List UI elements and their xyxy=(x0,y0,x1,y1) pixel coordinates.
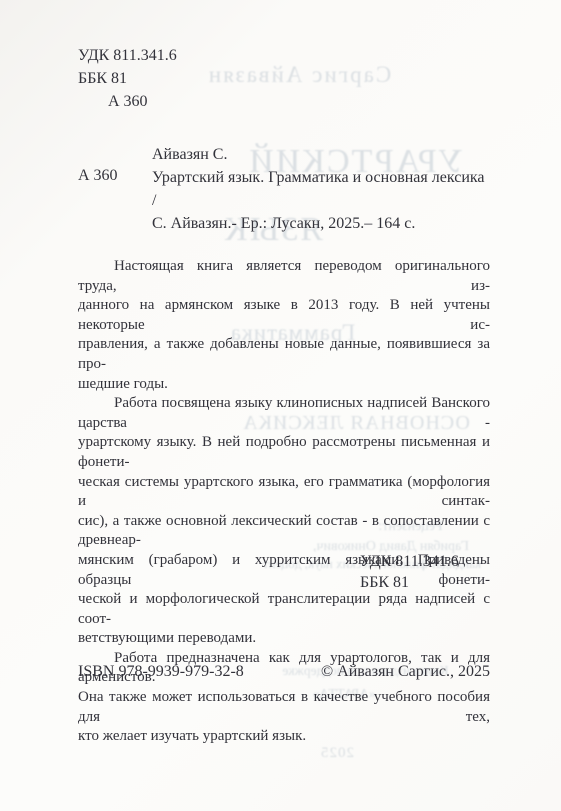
annotation-line: урартскому языку. В ней подробно рассмот… xyxy=(78,433,490,472)
annotation-line: кто желает изучать урартский язык. xyxy=(78,727,490,747)
footer-bbk-code: ББК 81 xyxy=(360,572,459,593)
author-sign-code: А 360 xyxy=(78,90,177,113)
catalog-card-author: Айвазян С. xyxy=(78,143,490,166)
catalog-card: А 360 Айвазян С. Урартский язык. Граммат… xyxy=(78,143,490,235)
catalog-card-title: Урартский язык. Грамматика и основная ле… xyxy=(78,166,490,212)
copyright-notice: © Айвазян Саргис., 2025 xyxy=(321,663,490,681)
bleedthrough-year: 2025 xyxy=(310,745,364,762)
annotation-line: Она также может использоваться в качеств… xyxy=(78,688,490,727)
udc-code: УДК 811.341.6 xyxy=(78,44,177,67)
annotation-line: Настоящая книга является переводом ориги… xyxy=(78,257,490,296)
bbk-code: ББК 81 xyxy=(78,67,177,90)
isbn-number: ISBN 978-9939-979-32-8 xyxy=(78,663,244,681)
annotation-line: Работа посвящена языку клинописных надпи… xyxy=(78,394,490,433)
annotation-line: шедшие годы. xyxy=(78,375,490,395)
imprint-row: ISBN 978-9939-979-32-8 © Айвазян Саргис.… xyxy=(78,663,490,681)
annotation-line: ческой и морфологической транслитерации … xyxy=(78,590,490,629)
copyright-page: Саргис Айвазян УРАРТСКИЙ ЯЗЫК Грамматика… xyxy=(0,0,561,811)
footer-classification-block: УДК 811.341.6 ББК 81 xyxy=(360,551,459,593)
annotation-line: ветствующими переводами. xyxy=(78,629,490,649)
bleedthrough-author-name: Саргис Айвазян xyxy=(183,62,415,88)
annotation-line: правления, а также добавлены новые данны… xyxy=(78,335,490,374)
annotation-line: данного на армянском языке в 2013 году. … xyxy=(78,296,490,335)
annotation-line: ческая системы урартского языка, его гра… xyxy=(78,473,490,512)
classification-block: УДК 811.341.6 ББК 81 А 360 xyxy=(78,44,177,113)
catalog-card-code: А 360 xyxy=(78,167,118,185)
catalog-card-imprint: С. Айвазян.- Ер.: Лусакн, 2025.– 164 с. xyxy=(78,212,490,235)
annotation-line: сис), а также основной лексический соста… xyxy=(78,512,490,551)
footer-udc-code: УДК 811.341.6 xyxy=(360,551,459,572)
